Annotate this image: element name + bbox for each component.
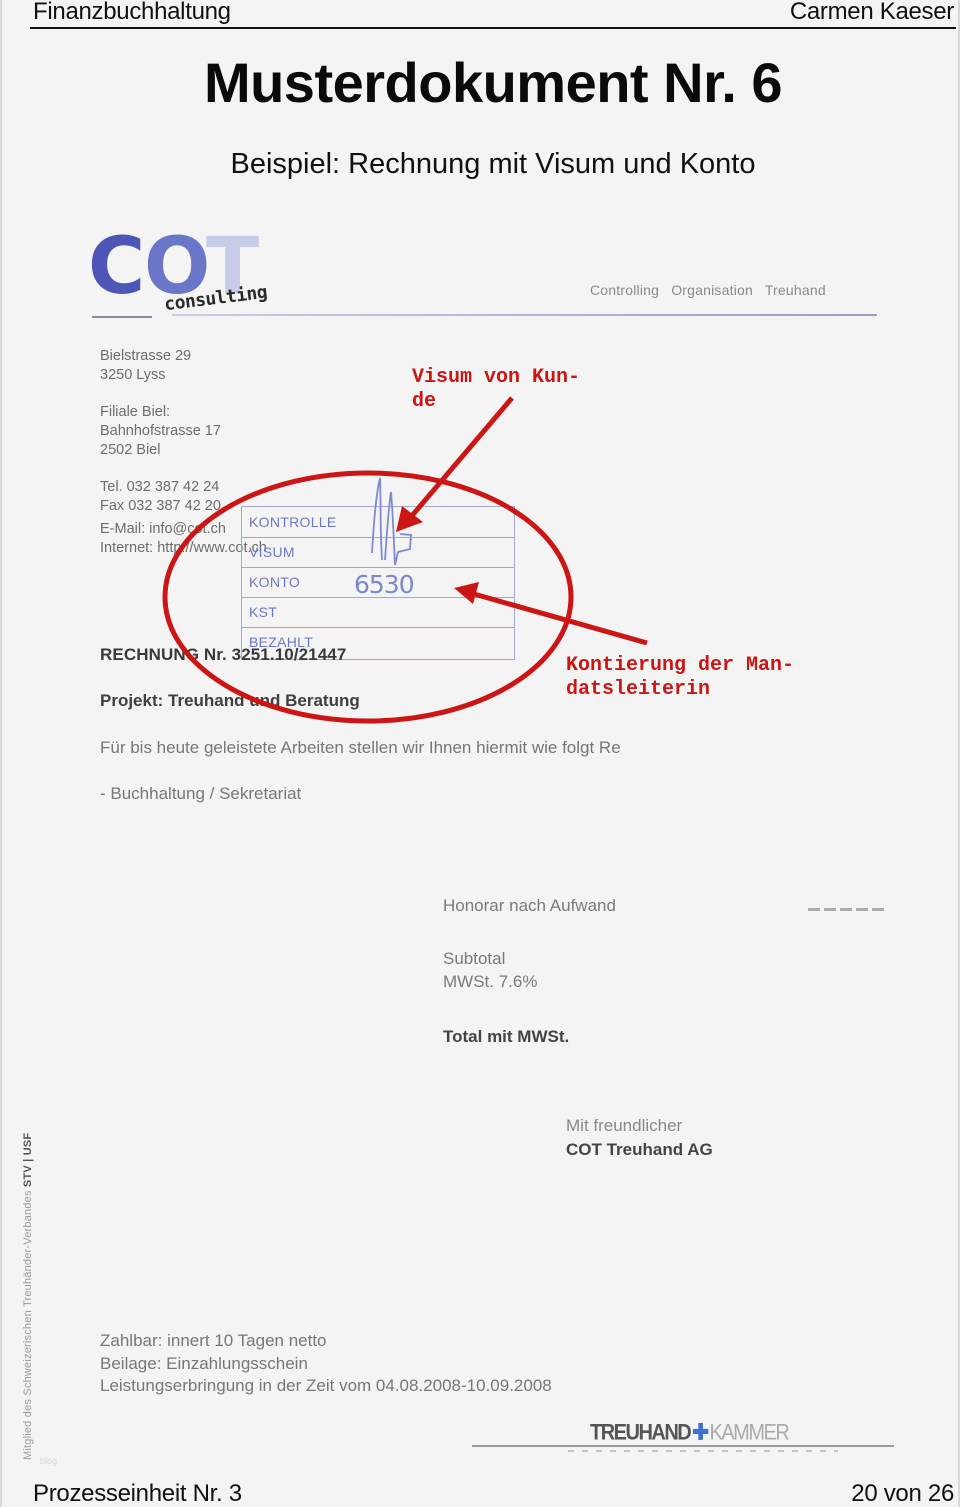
invoice-project: Projekt: Treuhand und Beratung <box>100 691 360 711</box>
letterhead-rule <box>172 314 877 316</box>
treuhand-kammer-left: TREUHAND <box>590 1421 690 1445</box>
footer-process-unit: Prozesseinheit Nr. 3 <box>33 1480 242 1507</box>
stamp-row-visum: VISUM <box>242 537 514 568</box>
logo-rule-left <box>92 316 152 318</box>
payment-terms: Zahlbar: innert 10 Tagen netto Beilage: … <box>100 1330 552 1398</box>
vat-label: MWSt. 7.6% <box>443 972 537 992</box>
side-text-bold: STV | USF <box>22 1133 34 1187</box>
subtotal-label: Subtotal <box>443 949 505 969</box>
fee-label: Honorar nach Aufwand <box>443 896 616 916</box>
invoice-number: RECHNUNG Nr. 3251.10/21447 <box>100 645 346 665</box>
address-street: Bielstrasse 29 <box>100 347 191 366</box>
terms-line: Zahlbar: innert 10 Tagen netto <box>100 1330 552 1353</box>
fee-amount-illegible <box>808 908 884 911</box>
logo-letter-c: C <box>88 232 145 302</box>
address-branch: Filiale Biel: Bahnhofstrasse 17 2502 Bie… <box>100 403 221 460</box>
stamp-label: KONTROLLE <box>249 514 337 530</box>
terms-line: Leistungserbringung in der Zeit vom 04.0… <box>100 1375 552 1398</box>
footer-logo-rule <box>472 1445 894 1447</box>
footer-page-number: 20 von 26 <box>851 1480 954 1507</box>
address-main: Bielstrasse 29 3250 Lyss <box>100 347 191 385</box>
branch-city: 2502 Biel <box>100 441 221 460</box>
branch-label: Filiale Biel: <box>100 403 221 422</box>
invoice-body-text: Für bis heute geleistete Arbeiten stelle… <box>100 738 621 758</box>
stamp-label: VISUM <box>249 544 295 560</box>
stamp-row-kontrolle: KONTROLLE <box>242 507 514 538</box>
stamp-row-konto: KONTO 6530 <box>242 567 514 598</box>
watermark: blog <box>40 1456 57 1466</box>
stamp-label: KONTO <box>249 574 300 590</box>
scanned-invoice: C O T consulting Controlling Organisatio… <box>0 0 960 1507</box>
invoice-service-line: - Buchhaltung / Sekretariat <box>100 784 301 804</box>
side-text-normal: Mitglied des Schweizerischen Treuhänder-… <box>22 1190 34 1460</box>
branch-street: Bahnhofstrasse 17 <box>100 422 221 441</box>
closing-greeting: Mit freundlicher <box>566 1116 682 1136</box>
membership-side-text: Mitglied des Schweizerischen Treuhänder-… <box>22 1133 34 1460</box>
swiss-cross-icon: ✚ <box>692 1419 707 1447</box>
closing-company: COT Treuhand AG <box>566 1140 713 1160</box>
stamp-label: KST <box>249 604 277 620</box>
treuhand-kammer-right: KAMMER <box>709 1421 788 1445</box>
terms-line: Beilage: Einzahlungsschein <box>100 1353 552 1376</box>
total-label: Total mit MWSt. <box>443 1027 569 1047</box>
letterhead-tagline: Controlling Organisation Treuhand <box>590 282 826 298</box>
control-stamp: KONTROLLE VISUM KONTO 6530 KST BEZAHLT <box>241 506 515 660</box>
stamp-row-kst: KST <box>242 597 514 628</box>
account-number-handwritten: 6530 <box>354 570 414 599</box>
annotation-visum: Visum von Kun- de <box>412 366 580 414</box>
address-city: 3250 Lyss <box>100 366 191 385</box>
annotation-kontierung: Kontierung der Man- datsleiterin <box>566 654 794 702</box>
treuhand-kammer-logo: TREUHAND✚KAMMER <box>590 1419 788 1447</box>
footer-logo-subtext-illegible <box>568 1450 838 1452</box>
contact-tel: Tel. 032 387 42 24 <box>100 478 267 497</box>
